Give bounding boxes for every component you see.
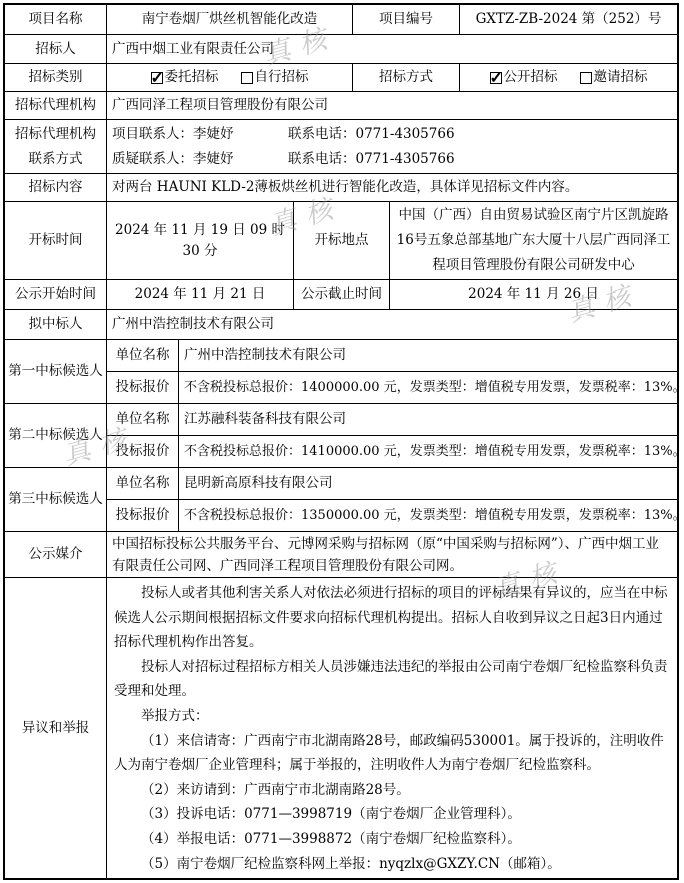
project-number-label: 项目编号 [353, 5, 460, 35]
candidate-3-name-subrow: 单位名称 昆明新高原科技有限公司 [107, 468, 677, 500]
candidate-2-name-subrow: 单位名称 江苏融科装备科技有限公司 [107, 404, 677, 436]
candidate-price-label: 投标报价 [107, 436, 179, 468]
checkbox-unchecked-icon [241, 72, 253, 84]
agency-contact-label-line1: 招标代理机构 [6, 124, 105, 144]
checkbox-unchecked-icon [580, 72, 592, 84]
objection-paragraph: （2）来访请到：广西南宁市北湖南路28号。 [114, 778, 670, 803]
objection-paragraph: （4）举报电话：0771—3998872（南宁卷烟厂纪检监察科）。 [114, 827, 670, 852]
candidate-price-label: 投标报价 [107, 372, 179, 404]
objection-content: 投标人或者其他利害关系人对依法必须进行招标的项目的评标结果有异议的，应当在中标候… [107, 578, 677, 879]
agency-value: 广西同泽工程项目管理股份有限公司 [107, 92, 677, 120]
proposed-winner-label: 拟中标人 [5, 310, 107, 340]
bid-opening-time-label: 开标时间 [5, 202, 107, 280]
objection-paragraph: （5）南宁卷烟厂纪检监察科网上举报：nyqzlx@GXZY.CN（邮箱）。 [114, 852, 670, 877]
agency-contact-label: 招标代理机构 联系方式 [5, 120, 107, 174]
candidate-1-price-subrow: 投标报价 不含税投标总报价：1400000.00 元，发票类型：增值税专用发票，… [107, 372, 677, 404]
objection-paragraph: （3）投诉电话：0771—3998719（南宁卷烟厂企业管理科）。 [114, 802, 670, 827]
tender-content-value: 对两台 HAUNI KLD-2薄板烘丝机进行智能化改造，具体详见招标文件内容。 [107, 174, 677, 202]
agency-contact-row: 招标代理机构 联系方式 项目联系人：李婕妤 联系电话：0771-4305766 … [5, 120, 677, 174]
query-contact-person: 质疑联系人：李婕妤 [112, 149, 288, 169]
candidate-3-price: 不含税投标总报价：1350000.00 元，发票类型：增值税专用发票，发票税率：… [179, 500, 677, 532]
project-contact-person: 项目联系人：李婕妤 [112, 124, 288, 144]
objection-paragraph: 投标人或者其他利害关系人对依法必须进行招标的项目的评标结果有异议的，应当在中标候… [114, 581, 670, 655]
candidate-3-row: 第三中标候选人 单位名称 昆明新高原科技有限公司 投标报价 不含税投标总报价：1… [5, 468, 677, 532]
objection-paragraph: （1）来信请寄：广西南宁市北湖南路28号，邮政编码530001。属于投诉的，注明… [114, 729, 670, 778]
project-name-value: 南宁卷烟厂烘丝机智能化改造 [107, 5, 353, 35]
project-contact-phone: 联系电话：0771-4305766 [288, 124, 455, 144]
bid-opening-place-value: 中国（广西）自由贸易试验区南宁片区凯旋路16号五象总部基地广东大厦十八层广西同泽… [390, 202, 677, 280]
publicity-end-value: 2024 年 11 月 26 日 [390, 280, 677, 310]
candidate-2-row: 第二中标候选人 单位名称 江苏融科装备科技有限公司 投标报价 不含税投标总报价：… [5, 404, 677, 468]
objection-paragraphs: 投标人或者其他利害关系人对依法必须进行招标的项目的评标结果有异议的，应当在中标候… [114, 581, 670, 876]
publicity-start-label: 公示开始时间 [5, 280, 107, 310]
candidate-3-details: 单位名称 昆明新高原科技有限公司 投标报价 不含税投标总报价：1350000.0… [107, 468, 677, 532]
candidate-1-name-subrow: 单位名称 广州中浩控制技术有限公司 [107, 340, 677, 372]
publicity-end-label: 公示截止时间 [294, 280, 390, 310]
candidate-2-price: 不含税投标总报价：1410000.00 元，发票类型：增值税专用发票，发票税率：… [179, 436, 677, 468]
option-self-tender: 自行招标 [241, 67, 309, 87]
objection-row: 异议和举报 投标人或者其他利害关系人对依法必须进行招标的项目的评标结果有异议的，… [5, 578, 677, 879]
bid-opening-row: 开标时间 2024 年 11 月 19 日 09 时 30 分 开标地点 中国（… [5, 202, 677, 280]
candidate-3-price-subrow: 投标报价 不含税投标总报价：1350000.00 元，发票类型：增值税专用发票，… [107, 500, 677, 532]
candidate-1-name: 广州中浩控制技术有限公司 [179, 340, 677, 372]
project-name-label: 项目名称 [5, 5, 107, 35]
query-contact-phone: 联系电话：0771-4305766 [288, 149, 455, 169]
tender-type-row: 招标类别 委托招标 自行招标 招标方式 公开招标 邀请招标 [5, 64, 677, 92]
option-label: 公开招标 [504, 67, 558, 87]
agency-row: 招标代理机构 广西同泽工程项目管理股份有限公司 [5, 92, 677, 120]
checkbox-checked-icon [490, 72, 502, 84]
tenderer-row: 招标人 广西中烟工业有限责任公司 [5, 35, 677, 64]
option-invited-tender: 邀请招标 [580, 67, 648, 87]
project-name-row: 项目名称 南宁卷烟厂烘丝机智能化改造 项目编号 GXTZ-ZB-2024 第（2… [5, 5, 677, 35]
candidate-1-row: 第一中标候选人 单位名称 广州中浩控制技术有限公司 投标报价 不含税投标总报价：… [5, 340, 677, 404]
candidate-2-details: 单位名称 江苏融科装备科技有限公司 投标报价 不含税投标总报价：1410000.… [107, 404, 677, 468]
bid-result-announcement-page: { "watermark": { "text": "真核", "color": … [0, 0, 684, 883]
checkbox-checked-icon [151, 72, 163, 84]
option-open-tender: 公开招标 [490, 67, 558, 87]
objection-label: 异议和举报 [5, 578, 107, 879]
objection-paragraph: 举报方式： [114, 704, 670, 729]
tenderer-label: 招标人 [5, 35, 107, 64]
option-label: 委托招标 [165, 67, 219, 87]
contact-line-query: 质疑联系人：李婕妤 联系电话：0771-4305766 [112, 149, 672, 169]
agency-label: 招标代理机构 [5, 92, 107, 120]
publicity-start-value: 2024 年 11 月 21 日 [107, 280, 294, 310]
candidate-2-price-subrow: 投标报价 不含税投标总报价：1410000.00 元，发票类型：增值税专用发票，… [107, 436, 677, 468]
tender-content-label: 招标内容 [5, 174, 107, 202]
option-label: 邀请招标 [594, 67, 648, 87]
project-number-value: GXTZ-ZB-2024 第（252）号 [460, 5, 677, 35]
candidate-name-label: 单位名称 [107, 340, 179, 372]
tender-method-label: 招标方式 [353, 64, 460, 92]
option-label: 自行招标 [255, 67, 309, 87]
option-entrusted-tender: 委托招标 [151, 67, 219, 87]
candidate-1-price: 不含税投标总报价：1400000.00 元，发票类型：增值税专用发票，发票税率：… [179, 372, 677, 404]
proposed-winner-row: 拟中标人 广州中浩控制技术有限公司 [5, 310, 677, 340]
candidate-3-label: 第三中标候选人 [5, 468, 107, 532]
proposed-winner-value: 广州中浩控制技术有限公司 [107, 310, 677, 340]
tenderer-value: 广西中烟工业有限责任公司 [107, 35, 677, 64]
publicity-media-row: 公示媒介 中国招标投标公共服务平台、元博网采购与招标网（原“中国采购与招标网”）… [5, 532, 677, 578]
publicity-media-label: 公示媒介 [5, 532, 107, 578]
objection-paragraph: 投标人对招标过程招标方相关人员涉嫌违法违纪的举报由公司南宁卷烟厂纪检监察科负责受… [114, 655, 670, 704]
tender-category-label: 招标类别 [5, 64, 107, 92]
bid-announcement-table: 项目名称 南宁卷烟厂烘丝机智能化改造 项目编号 GXTZ-ZB-2024 第（2… [3, 3, 679, 880]
tender-method-options: 公开招标 邀请招标 [460, 64, 677, 92]
agency-contact-label-line2: 联系方式 [6, 149, 105, 169]
bid-opening-time-value: 2024 年 11 月 19 日 09 时 30 分 [107, 202, 294, 280]
agency-contact-value: 项目联系人：李婕妤 联系电话：0771-4305766 质疑联系人：李婕妤 联系… [107, 120, 677, 174]
tender-category-options: 委托招标 自行招标 [107, 64, 353, 92]
candidate-name-label: 单位名称 [107, 404, 179, 436]
tender-content-row: 招标内容 对两台 HAUNI KLD-2薄板烘丝机进行智能化改造，具体详见招标文… [5, 174, 677, 202]
publicity-period-row: 公示开始时间 2024 年 11 月 21 日 公示截止时间 2024 年 11… [5, 280, 677, 310]
publicity-media-value: 中国招标投标公共服务平台、元博网采购与招标网（原“中国采购与招标网”）、广西中烟… [107, 532, 677, 578]
candidate-price-label: 投标报价 [107, 500, 179, 532]
contact-line-project: 项目联系人：李婕妤 联系电话：0771-4305766 [112, 124, 672, 144]
candidate-2-name: 江苏融科装备科技有限公司 [179, 404, 677, 436]
candidate-3-name: 昆明新高原科技有限公司 [179, 468, 677, 500]
bid-opening-place-label: 开标地点 [294, 202, 390, 280]
candidate-1-details: 单位名称 广州中浩控制技术有限公司 投标报价 不含税投标总报价：1400000.… [107, 340, 677, 404]
candidate-1-label: 第一中标候选人 [5, 340, 107, 404]
candidate-name-label: 单位名称 [107, 468, 179, 500]
candidate-2-label: 第二中标候选人 [5, 404, 107, 468]
